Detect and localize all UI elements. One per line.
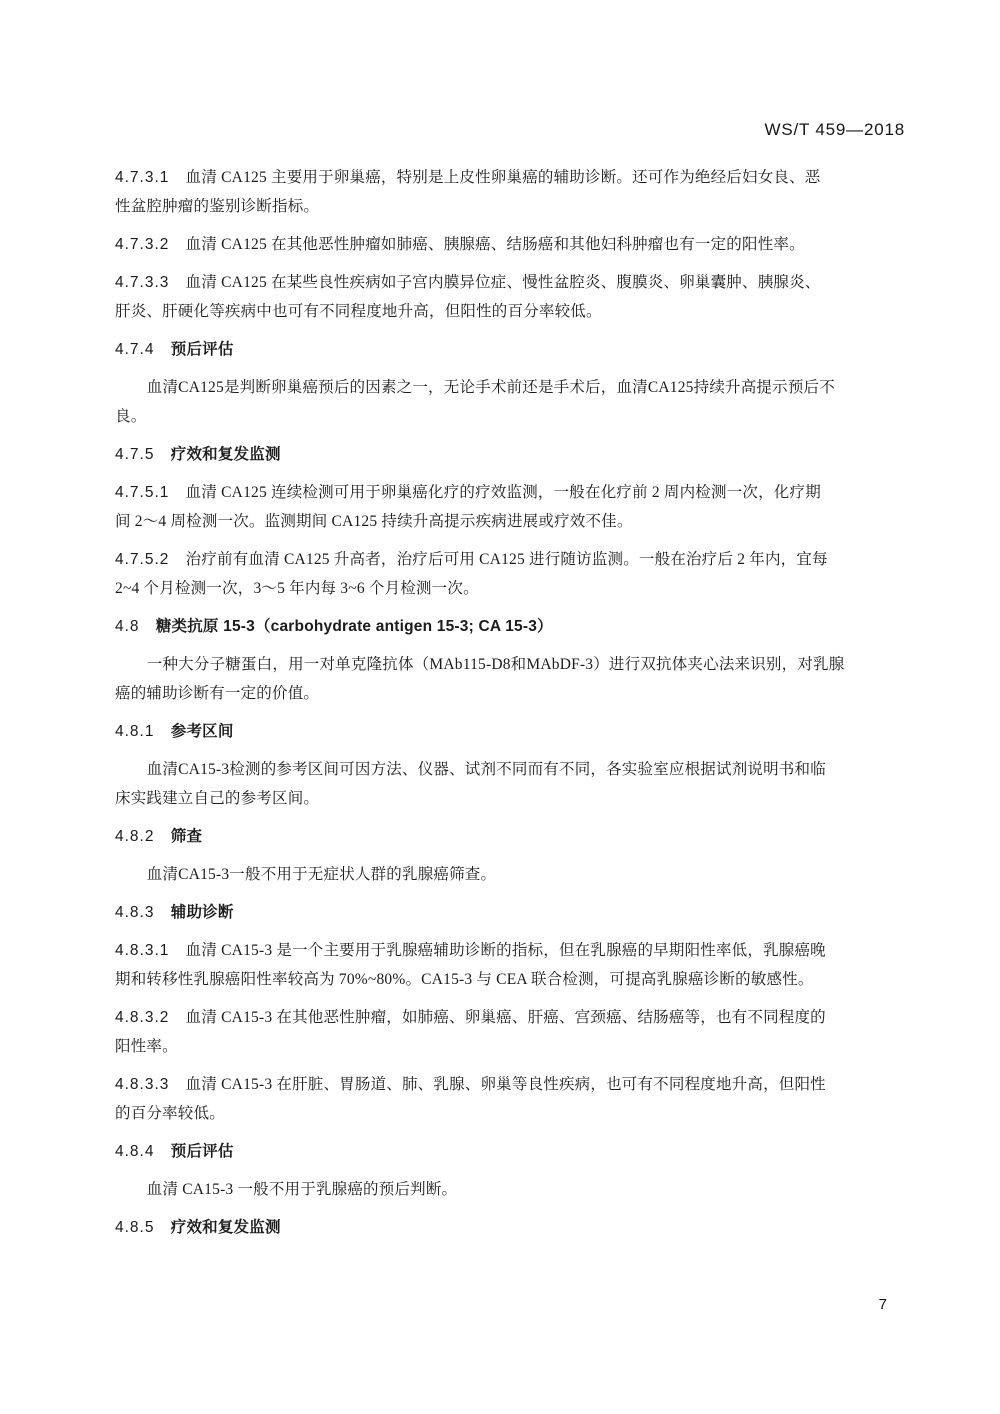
paragraph: 4.7.3.3血清 CA125 在某些良性疾病如子宫内膜异位症、慢性盆腔炎、腹膜… xyxy=(115,268,893,326)
section-number: 4.7.4 xyxy=(115,341,154,358)
page-number: 7 xyxy=(879,1296,887,1313)
paragraph-number: 4.8.3.2 xyxy=(115,1009,169,1026)
paragraph-line: 4.8.3.2血清 CA15-3 在其他恶性肿瘤，如肺癌、卵巢癌、肝癌、宫颈癌、… xyxy=(115,1003,893,1032)
standard-code-header: WS/T 459—2018 xyxy=(765,120,906,140)
section-title: 疗效和复发监测 xyxy=(171,1219,281,1236)
paragraph: 血清CA15-3检测的参考区间可因方法、仪器、试剂不同而有不同，各实验室应根据试… xyxy=(115,755,893,813)
paragraph-number: 4.7.3.3 xyxy=(115,274,169,291)
section-title: 参考区间 xyxy=(171,723,234,740)
paragraph-number: 4.7.5.1 xyxy=(115,484,169,501)
section-title: 糖类抗原 15-3（carbohydrate antigen 15-3; CA … xyxy=(156,618,553,635)
paragraph: 4.7.3.2血清 CA125 在其他恶性肿瘤如肺癌、胰腺癌、结肠癌和其他妇科肿… xyxy=(115,230,893,259)
paragraph-number: 4.8.3.1 xyxy=(115,942,169,959)
paragraph-line: 性盆腔肿瘤的鉴别诊断指标。 xyxy=(115,192,893,221)
section-number: 4.8.3 xyxy=(115,904,154,921)
section-heading: 4.8.4预后评估 xyxy=(115,1137,893,1166)
paragraph-line: 一种大分子糖蛋白，用一对单克隆抗体（MAb115-D8和MAbDF-3）进行双抗… xyxy=(115,650,893,679)
section-number: 4.8 xyxy=(115,618,140,635)
section-heading: 4.7.4预后评估 xyxy=(115,335,893,364)
paragraph-line: 良。 xyxy=(115,402,893,431)
paragraph-line: 4.7.5.2治疗前有血清 CA125 升高者，治疗后可用 CA125 进行随访… xyxy=(115,545,893,574)
section-number: 4.8.1 xyxy=(115,723,154,740)
paragraph: 血清CA15-3一般不用于无症状人群的乳腺癌筛查。 xyxy=(115,860,893,889)
document-page: WS/T 459—2018 4.7.3.1血清 CA125 主要用于卵巢癌，特别… xyxy=(0,0,1000,1414)
paragraph-line: 期和转移性乳腺癌阳性率较高为 70%~80%。CA15-3 与 CEA 联合检测… xyxy=(115,965,893,994)
paragraph: 4.7.5.2治疗前有血清 CA125 升高者，治疗后可用 CA125 进行随访… xyxy=(115,545,893,603)
section-title: 筛查 xyxy=(171,828,202,845)
paragraph-line: 4.8.3.1血清 CA15-3 是一个主要用于乳腺癌辅助诊断的指标，但在乳腺癌… xyxy=(115,936,893,965)
section-title: 预后评估 xyxy=(171,1143,234,1160)
section-number: 4.8.2 xyxy=(115,828,154,845)
paragraph-line: 4.7.3.2血清 CA125 在其他恶性肿瘤如肺癌、胰腺癌、结肠癌和其他妇科肿… xyxy=(115,230,893,259)
paragraph-line: 2~4 个月检测一次，3～5 年内每 3~6 个月检测一次。 xyxy=(115,574,893,603)
paragraph-number: 4.7.5.2 xyxy=(115,551,169,568)
paragraph-line: 4.7.3.1血清 CA125 主要用于卵巢癌，特别是上皮性卵巢癌的辅助诊断。还… xyxy=(115,163,893,192)
paragraph-line: 肝炎、肝硬化等疾病中也可有不同程度地升高，但阳性的百分率较低。 xyxy=(115,297,893,326)
paragraph-line: 4.8.3.3血清 CA15-3 在肝脏、胃肠道、肺、乳腺、卵巢等良性疾病，也可… xyxy=(115,1070,893,1099)
section-title: 预后评估 xyxy=(171,341,234,358)
paragraph: 血清CA125是判断卵巢癌预后的因素之一，无论手术前还是手术后，血清CA125持… xyxy=(115,373,893,431)
section-heading: 4.8.2筛查 xyxy=(115,822,893,851)
document-content: 4.7.3.1血清 CA125 主要用于卵巢癌，特别是上皮性卵巢癌的辅助诊断。还… xyxy=(115,163,893,1251)
paragraph-line: 血清CA125是判断卵巢癌预后的因素之一，无论手术前还是手术后，血清CA125持… xyxy=(115,373,893,402)
section-heading: 4.8.1参考区间 xyxy=(115,717,893,746)
paragraph-line: 床实践建立自己的参考区间。 xyxy=(115,784,893,813)
paragraph: 4.8.3.2血清 CA15-3 在其他恶性肿瘤，如肺癌、卵巢癌、肝癌、宫颈癌、… xyxy=(115,1003,893,1061)
paragraph-line: 4.7.3.3血清 CA125 在某些良性疾病如子宫内膜异位症、慢性盆腔炎、腹膜… xyxy=(115,268,893,297)
paragraph-line: 血清CA15-3检测的参考区间可因方法、仪器、试剂不同而有不同，各实验室应根据试… xyxy=(115,755,893,784)
section-number: 4.7.5 xyxy=(115,446,154,463)
paragraph: 4.8.3.3血清 CA15-3 在肝脏、胃肠道、肺、乳腺、卵巢等良性疾病，也可… xyxy=(115,1070,893,1128)
section-number: 4.8.4 xyxy=(115,1143,154,1160)
paragraph-line: 癌的辅助诊断有一定的价值。 xyxy=(115,679,893,708)
paragraph: 4.7.5.1血清 CA125 连续检测可用于卵巢癌化疗的疗效监测，一般在化疗前… xyxy=(115,478,893,536)
paragraph: 4.7.3.1血清 CA125 主要用于卵巢癌，特别是上皮性卵巢癌的辅助诊断。还… xyxy=(115,163,893,221)
paragraph-line: 血清CA15-3一般不用于无症状人群的乳腺癌筛查。 xyxy=(115,860,893,889)
paragraph-line: 的百分率较低。 xyxy=(115,1099,893,1128)
paragraph-line: 阳性率。 xyxy=(115,1032,893,1061)
paragraph: 一种大分子糖蛋白，用一对单克隆抗体（MAb115-D8和MAbDF-3）进行双抗… xyxy=(115,650,893,708)
paragraph-line: 血清 CA15-3 一般不用于乳腺癌的预后判断。 xyxy=(115,1175,893,1204)
paragraph-line: 间 2～4 周检测一次。监测期间 CA125 持续升高提示疾病进展或疗效不佳。 xyxy=(115,507,893,536)
paragraph: 血清 CA15-3 一般不用于乳腺癌的预后判断。 xyxy=(115,1175,893,1204)
section-title: 疗效和复发监测 xyxy=(171,446,281,463)
paragraph: 4.8.3.1血清 CA15-3 是一个主要用于乳腺癌辅助诊断的指标，但在乳腺癌… xyxy=(115,936,893,994)
section-heading: 4.8.3辅助诊断 xyxy=(115,898,893,927)
section-heading: 4.8糖类抗原 15-3（carbohydrate antigen 15-3; … xyxy=(115,612,893,641)
section-heading: 4.7.5疗效和复发监测 xyxy=(115,440,893,469)
paragraph-line: 4.7.5.1血清 CA125 连续检测可用于卵巢癌化疗的疗效监测，一般在化疗前… xyxy=(115,478,893,507)
section-title: 辅助诊断 xyxy=(171,904,234,921)
section-number: 4.8.5 xyxy=(115,1219,154,1236)
paragraph-number: 4.8.3.3 xyxy=(115,1076,169,1093)
paragraph-number: 4.7.3.2 xyxy=(115,236,169,253)
paragraph-number: 4.7.3.1 xyxy=(115,169,169,186)
section-heading: 4.8.5疗效和复发监测 xyxy=(115,1213,893,1242)
